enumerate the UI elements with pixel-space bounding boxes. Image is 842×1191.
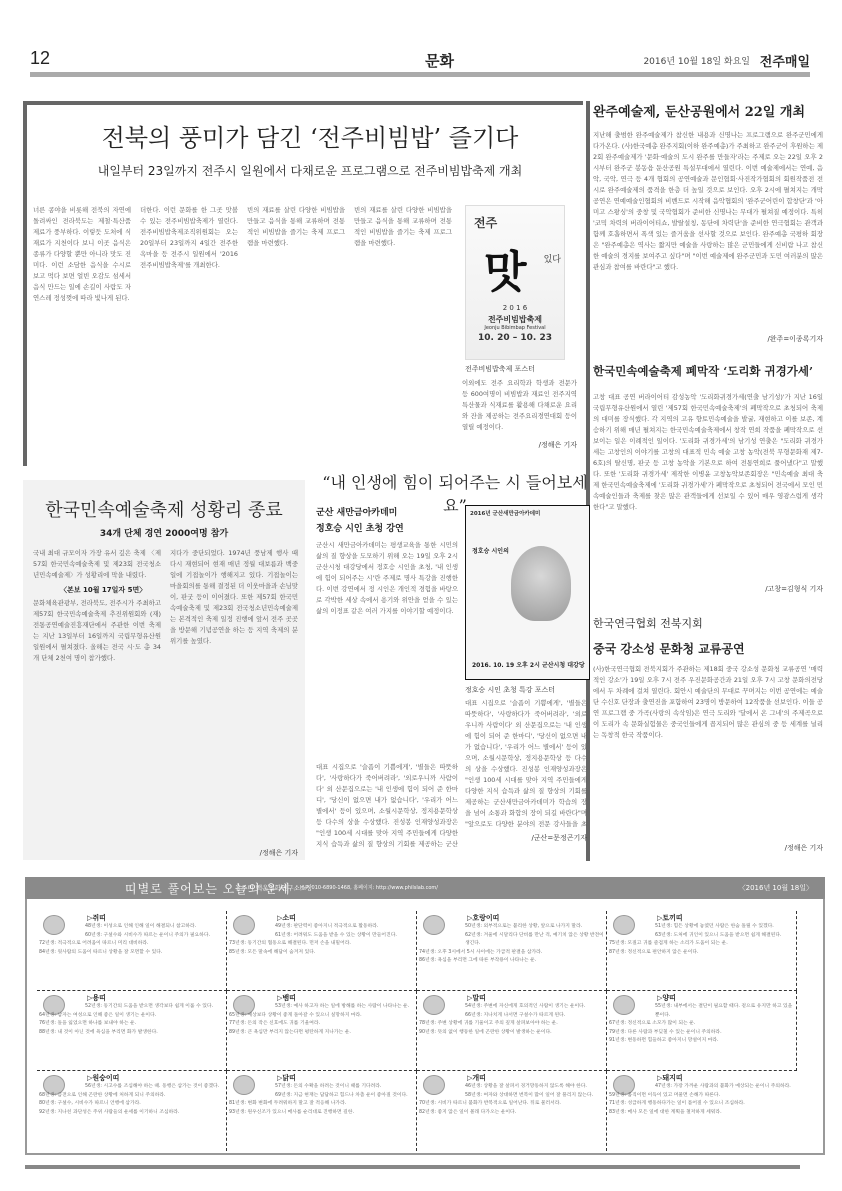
poster-caption: 전주비빔밥축제 포스터: [465, 364, 535, 374]
page-header: 12 문화 2016년 10월 18일 화요일 전주매일: [30, 48, 810, 68]
poster-english-name: Jeonju Bibimbap Festival: [466, 325, 564, 331]
fortune-cell-rooster: ▷닭띠57년생: 돈의 수확을 하려는 것이니 때를 기다려라.69년생: 지금…: [227, 1071, 417, 1151]
poster-festival-name: 전주비빔밥축제: [466, 314, 564, 325]
fortune-cell-ox: ▷소띠49년생: 판단력이 좋아지니 적극적으로 활동하라.61년생: 어려워도…: [227, 911, 417, 991]
fortune-cell-pig: ▷돼지띠47년생: 가장 가까운 사람과의 불화가 예상되는 운이니 주의하라.…: [607, 1071, 797, 1151]
dorihwa-article-headline: 한국민속예술축제 폐막작 ‘도리화 귀경가세’: [593, 363, 823, 379]
poet-lecture-byline: /군산=문정곤기자: [465, 833, 587, 843]
issue-date: 2016년 10월 18일 화요일: [643, 54, 750, 67]
newspaper-brand: 전주매일: [760, 51, 810, 70]
folk-festival-byline: /정해은 기자: [170, 848, 298, 858]
section-title: 문화: [425, 50, 454, 71]
fortune-cell-snake: ▷뱀띠53년생: 예사 하고자 하는 일에 방해를 하는 사람이 나타나는 운.…: [227, 991, 417, 1071]
fortune-cell-tiger: ▷호랑이띠50년생: 외부적으로는 불리한 상황, 앞으로 나가지 말라.62년…: [417, 911, 607, 991]
dorihwa-article-body: 고창 대표 공연 버라이어티 감성농악 '도리화귀경가세(연출 남기성)'가 지…: [593, 392, 823, 567]
fortune-header-band: 띠별로 풀어보는 오늘의 운세 홍주미 백운철학연구소소장 H.P: 010-6…: [25, 877, 825, 899]
folk-festival-reference: 〈본보 10월 17일자 5면〉: [60, 585, 146, 595]
fortune-cell-rat: ▷쥐띠48년생: 이성으로 인해 인해 일이 해결되니 참고하라.60년생: 구…: [37, 911, 227, 991]
wanju-article-body: 지난해 출범한 완주예술제가 참신한 내용과 신명나는 프로그램으로 완주군민에…: [593, 130, 823, 325]
poet-lecture-column-2: 대표 시집으로 '슬픔이 기쁨에게', '별들은 따뜻하다', '사랑하다가 죽…: [316, 762, 458, 850]
fortune-cell-rabbit: ▷토끼띠51년생: 힘든 상황에 놓였던 사람은 한숨 돌릴 수 있겠다.63년…: [607, 911, 797, 991]
fortune-date: 〈2016년 10월 18일〉: [739, 883, 813, 893]
poet-portrait: [511, 546, 571, 621]
wanju-article-byline: /완주=이종록기자: [593, 334, 823, 344]
poet-lecture-column-3: 대표 시집으로 '슬픔이 기쁨에게', '별들은 따뜻하다', '사랑하다가 죽…: [465, 698, 587, 828]
poster-dates: 10. 20 – 10. 23: [466, 333, 564, 343]
lecture-poster-header: 2016년 군산새만금아카데미: [470, 509, 540, 517]
poster-title-main: 맛: [484, 236, 527, 300]
fortune-cell-dog: ▷개띠46년생: 상황을 잘 살펴서 경거망동하지 않도록 해야 한다.58년생…: [417, 1071, 607, 1151]
wanju-article-headline: 완주예술제, 둔산공원에서 22일 개최: [593, 101, 823, 120]
festival-poster: 전주 맛 있다 2 0 1 6 전주비빔밥축제 Jeonju Bibimbap …: [465, 205, 565, 360]
poet-lecture-subheadline: 정호승 시인 초청 강연: [316, 521, 404, 534]
folk-festival-column-2: 지다가 중단되었다. 1974년 풍남제 행사 때 다시 재현되어 현재 매년 …: [170, 548, 298, 843]
poet-lecture-column-1: 군산시 새만금아카데미는 평생교육을 통한 시민의 삶의 질 향상을 도모하기 …: [316, 540, 458, 760]
lead-column-2: 더한다. 이런 문화를 한 그곳 맛볼 수 있는 전주비빔밥축제가 열린다. 전…: [140, 205, 238, 455]
lead-column-1: 너른 콩야을 비롯해 전북의 자연에 돌려싸인 전라북도는 제철·특산품제료가 …: [33, 205, 131, 455]
lecture-poster-image: 2016년 군산새만금아카데미 정호승 시인의 2016. 10. 19 오후 …: [465, 505, 590, 680]
lecture-poster-poet-name: 정호승 시인의: [472, 546, 509, 555]
folk-festival-column-1: 문화체육관광부, 전라북도, 전주시가 주최하고 제57회 한국민속예술축제 추…: [33, 598, 161, 850]
dorihwa-article-byline: /고창=김형식 기자: [593, 584, 823, 594]
lead-column-5: 이외에도 전주 요리학과 학생과 전문가 등 600여명이 비빔밥과 재료인 전…: [462, 378, 577, 438]
lecture-poster-footer: 2016. 10. 19 오후 2시 군산시청 대강당: [472, 660, 585, 669]
lead-subheadline: 내일부터 23일까지 전주시 일원에서 다채로운 프로그램으로 전주비빔밥축제 …: [60, 162, 560, 179]
lead-column-4: 빈의 재료를 살린 다양한 비빔밥을 만들고 음식을 통해 교류하며 전통적인 …: [354, 205, 452, 455]
theatre-article-body: (사)한국연극협회 전북지회가 주관하는 제18회 중국 강소성 문화청 교류공…: [593, 664, 823, 840]
lead-headline: 전북의 풍미가 담긴 ‘전주비빔밥’ 즐기다: [60, 118, 560, 153]
poster-title-side: 있다: [496, 252, 561, 265]
theatre-article-byline: /정해은 기자: [593, 843, 823, 853]
lecture-poster-caption: 정호승 시인 초청 특강 포스터: [465, 685, 555, 695]
fortune-contact: H.P: 010-6890-1468, 홈페이지: http://www.phi…: [300, 884, 438, 891]
poster-title-top: 전주: [474, 214, 572, 231]
theatre-article-headline: 중국 강소성 문화청 교류공연: [593, 640, 823, 657]
page-number: 12: [30, 48, 50, 69]
poster-year: 2 0 1 6: [466, 304, 564, 312]
lead-column-3: 빈의 재료를 살린 다양한 비빔밥을 만들고 음식을 통해 교류하며 전통적인 …: [247, 205, 345, 455]
fortune-cell-horse: ▷말띠54년생: 주변에 자신에게 호의적인 사람이 생기는 운이다.66년생:…: [417, 991, 607, 1071]
footer-rule: [25, 1165, 800, 1169]
folk-festival-subheadline: 34개 단체 경연 2000여명 참가: [23, 526, 305, 539]
poet-lecture-kicker: 군산 새만금아카데미: [316, 505, 397, 518]
fortune-cell-monkey: ▷원숭이띠56년생: 시고수를 조심해야 하는 때. 동행은 삼가는 것이 좋겠…: [37, 1071, 227, 1151]
theatre-article-kicker: 한국연극협회 전북지회: [593, 615, 823, 631]
header-rule: [30, 72, 810, 77]
fortune-cell-sheep: ▷양띠55년생: 내부에서는 결단이 필요할 때다. 겉으로 유지만 하고 있을…: [607, 991, 797, 1071]
folk-festival-intro: 국내 최대 규모이자 가장 유서 깊은 축제 〈제57회 한국민속예술축제 및 …: [33, 548, 161, 588]
fortune-cell-dragon: ▷용띠52년생: 동기간의 도움을 받으면 생각보다 쉽게 이룰 수 있다.64…: [37, 991, 227, 1071]
fortune-grid: ▷쥐띠48년생: 이성으로 인해 인해 일이 해결되니 참고하라.60년생: 구…: [25, 899, 825, 1155]
lead-byline: /정해은 기자: [462, 440, 577, 450]
folk-festival-headline: 한국민속예술축제 성황리 종료: [23, 496, 305, 522]
